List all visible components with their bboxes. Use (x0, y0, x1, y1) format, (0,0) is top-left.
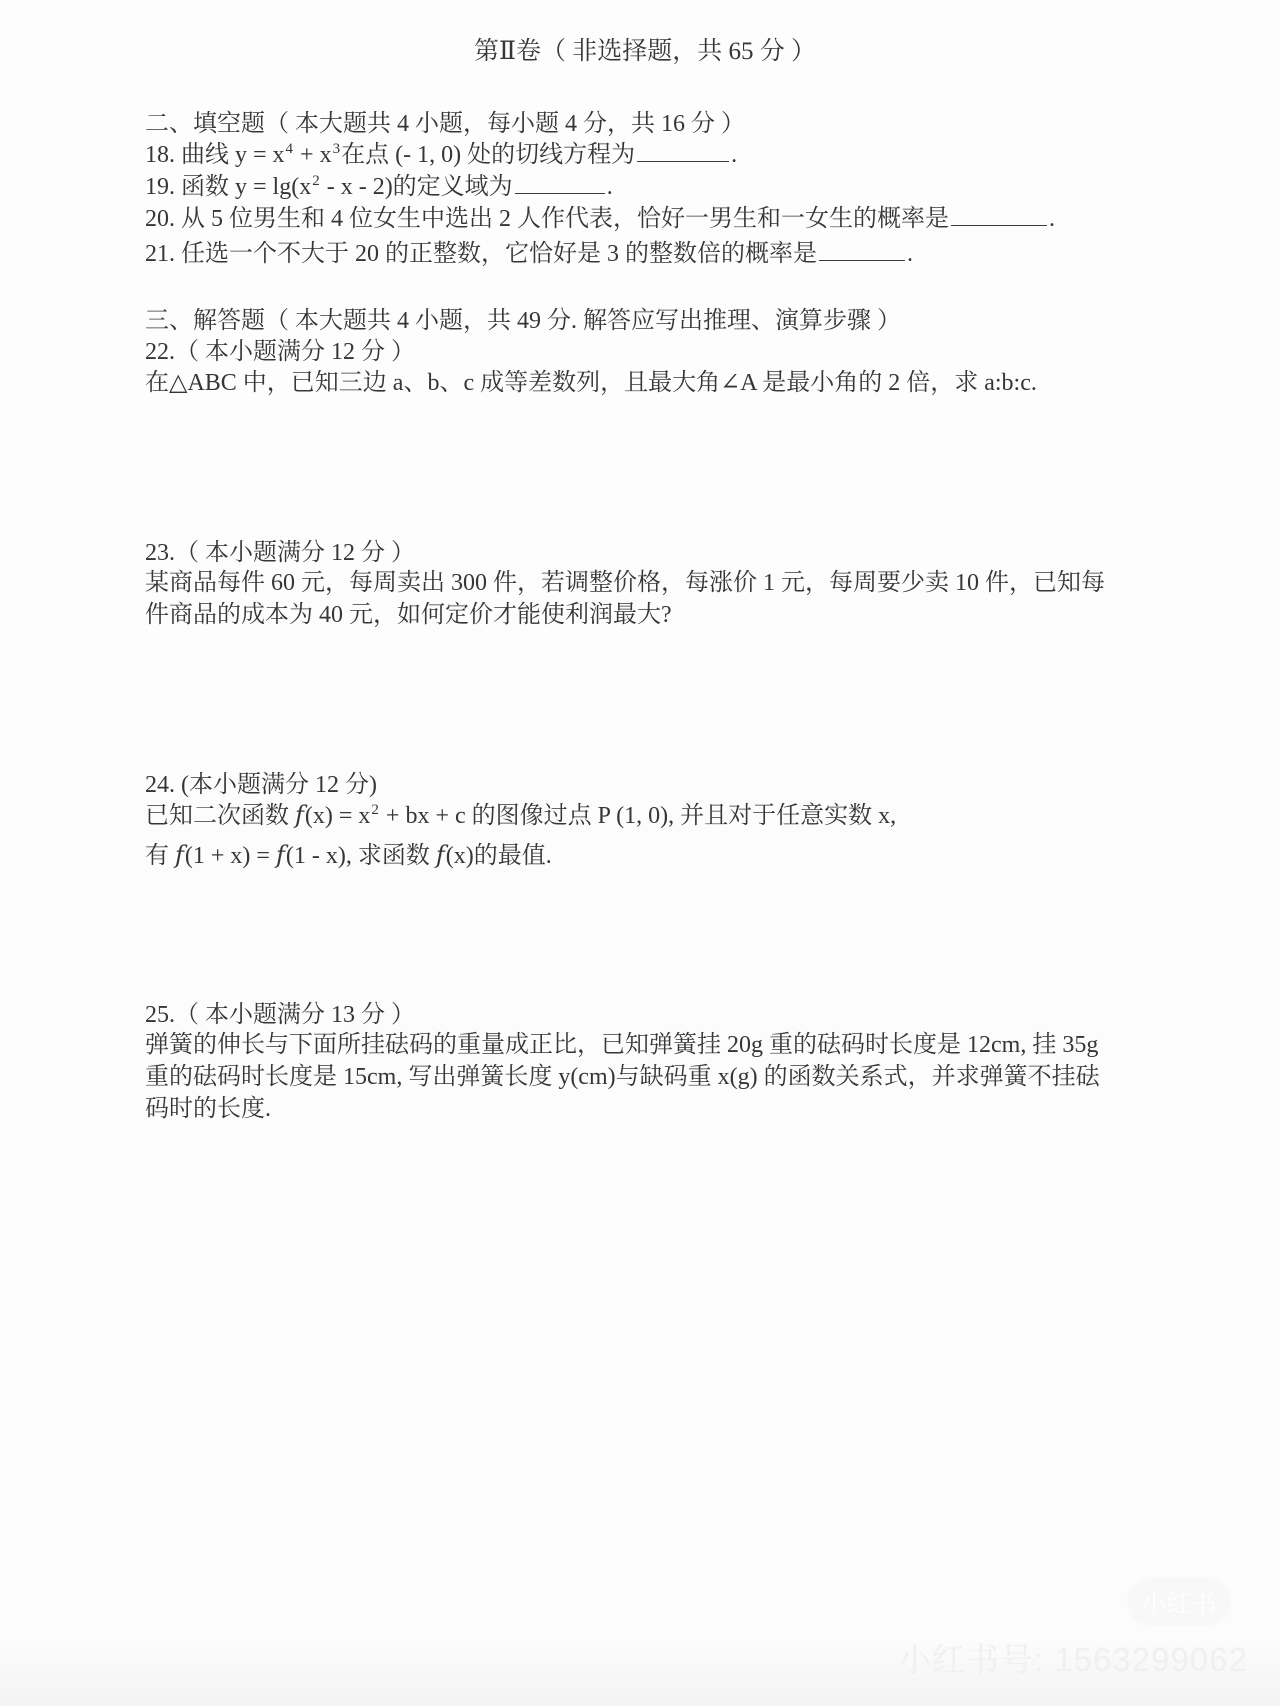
section-solve-header: 三、解答题（ 本大题共 4 小题，共 49 分. 解答应写出推理、演算步骤 ） (145, 305, 1145, 337)
italic-function-symbol: f (295, 801, 305, 829)
text-segment: - x - 2)的定义域为 (321, 174, 513, 200)
text-line: 某商品每件 60 元，每周卖出 300 件，若调整价格，每涨价 1 元，每周要少… (145, 567, 1145, 599)
superscript: 4 (286, 141, 294, 157)
answer-blank (951, 223, 1047, 226)
text-segment: . (1049, 206, 1055, 232)
text-line: 19. 函数 y = lg(x2 - x - 2)的定义域为. (145, 171, 1145, 206)
text-line: 已知二次函数 f(x) = x2 + bx + c 的图像过点 P (1, 0)… (145, 797, 1145, 837)
question-24-body: 已知二次函数 f(x) = x2 + bx + c 的图像过点 P (1, 0)… (145, 797, 1145, 874)
text-segment: . (907, 241, 913, 267)
text-line: 弹簧的伸长与下面所挂砝码的重量成正比，已知弹簧挂 20g 重的砝码时长度是 12… (145, 1029, 1145, 1061)
text-segment: 19. 函数 y = lg(x (145, 174, 311, 200)
text-segment: 件商品的成本为 40 元，如何定价才能使利润最大? (145, 602, 672, 628)
text-line: 21. 任选一个不大于 20 的正整数，它恰好是 3 的整数倍的概率是. (145, 238, 1145, 270)
question-25-heading: 25.（ 本小题满分 13 分 ） (145, 999, 1145, 1031)
question-22-heading: 22.（ 本小题满分 12 分 ） (145, 336, 1145, 368)
text-segment: 在点 (- 1, 0) 处的切线方程为 (341, 142, 635, 168)
text-segment: 已知二次函数 (145, 803, 295, 829)
text-segment: 弹簧的伸长与下面所挂砝码的重量成正比，已知弹簧挂 20g 重的砝码时长度是 12… (145, 1032, 1098, 1058)
text-segment: (x)的最值. (446, 843, 552, 869)
section-fill-header: 二、填空题（ 本大题共 4 小题，每小题 4 分，共 16 分 ） (145, 108, 1145, 140)
text-segment: (1 + x) = (185, 843, 276, 869)
question-22-body: 在△ABC 中，已知三边 a、b、c 成等差数列，且最大角∠A 是最小角的 2 … (145, 367, 1145, 399)
question-20: 20. 从 5 位男生和 4 位女生中选出 2 人作代表，恰好一男生和一女生的概… (145, 203, 1145, 235)
question-21: 21. 任选一个不大于 20 的正整数，它恰好是 3 的整数倍的概率是. (145, 238, 1145, 270)
text-segment: 重的砝码时长度是 15cm, 写出弹簧长度 y(cm)与缺码重 x(g) 的函数… (145, 1064, 1100, 1090)
italic-function-symbol: f (436, 841, 446, 869)
xiaohongshu-id-watermark: 小红书号: 1563299062 (898, 1634, 1248, 1681)
text-segment: 某商品每件 60 元，每周卖出 300 件，若调整价格，每涨价 1 元，每周要少… (145, 570, 1105, 596)
question-18: 18. 曲线 y = x4 + x3在点 (- 1, 0) 处的切线方程为. (145, 139, 1145, 174)
text-segment: (x) = x (305, 803, 371, 829)
text-line: 18. 曲线 y = x4 + x3在点 (- 1, 0) 处的切线方程为. (145, 139, 1145, 174)
text-line: 20. 从 5 位男生和 4 位女生中选出 2 人作代表，恰好一男生和一女生的概… (145, 203, 1145, 235)
text-segment: 码时的长度. (145, 1096, 271, 1122)
xiaohongshu-logo-label: 小红书 (1141, 1584, 1216, 1620)
superscript: 2 (371, 802, 379, 818)
text-line: 重的砝码时长度是 15cm, 写出弹簧长度 y(cm)与缺码重 x(g) 的函数… (145, 1061, 1145, 1093)
text-segment: 18. 曲线 y = x (145, 142, 285, 168)
question-19: 19. 函数 y = lg(x2 - x - 2)的定义域为. (145, 171, 1145, 206)
text-segment: 21. 任选一个不大于 20 的正整数，它恰好是 3 的整数倍的概率是 (145, 241, 817, 267)
text-segment: + bx + c 的图像过点 P (1, 0), 并且对于任意实数 x, (380, 803, 896, 829)
text-line: 件商品的成本为 40 元，如何定价才能使利润最大? (145, 599, 1145, 631)
question-23-heading: 23.（ 本小题满分 12 分 ） (145, 537, 1145, 569)
italic-function-symbol: f (276, 841, 286, 869)
text-segment: (1 - x), 求函数 (286, 843, 436, 869)
question-25-body: 弹簧的伸长与下面所挂砝码的重量成正比，已知弹簧挂 20g 重的砝码时长度是 12… (145, 1029, 1145, 1125)
superscript: 3 (333, 141, 341, 157)
xiaohongshu-logo-badge: 小红书 (1128, 1578, 1230, 1626)
text-segment: . (731, 142, 737, 168)
text-line: 码时的长度. (145, 1093, 1145, 1125)
text-segment: 有 (145, 843, 175, 869)
answer-blank (819, 258, 905, 261)
answer-blank (515, 191, 605, 194)
text-segment: + x (294, 142, 332, 168)
italic-function-symbol: f (175, 841, 185, 869)
text-line: 有 f(1 + x) = f(1 - x), 求函数 f(x)的最值. (145, 837, 1145, 874)
text-segment: 在△ABC 中，已知三边 a、b、c 成等差数列，且最大角∠A 是最小角的 2 … (145, 370, 1037, 396)
exam-paper-page: 第Ⅱ卷（ 非选择题，共 65 分 ） 二、填空题（ 本大题共 4 小题，每小题 … (0, 0, 1280, 1706)
text-segment: 20. 从 5 位男生和 4 位女生中选出 2 人作代表，恰好一男生和一女生的概… (145, 206, 949, 232)
superscript: 2 (312, 173, 320, 189)
answer-blank (637, 159, 729, 162)
text-segment: . (607, 174, 613, 200)
exam-title: 第Ⅱ卷（ 非选择题，共 65 分 ） (145, 36, 1230, 68)
question-23-body: 某商品每件 60 元，每周卖出 300 件，若调整价格，每涨价 1 元，每周要少… (145, 567, 1145, 631)
text-line: 在△ABC 中，已知三边 a、b、c 成等差数列，且最大角∠A 是最小角的 2 … (145, 367, 1145, 399)
